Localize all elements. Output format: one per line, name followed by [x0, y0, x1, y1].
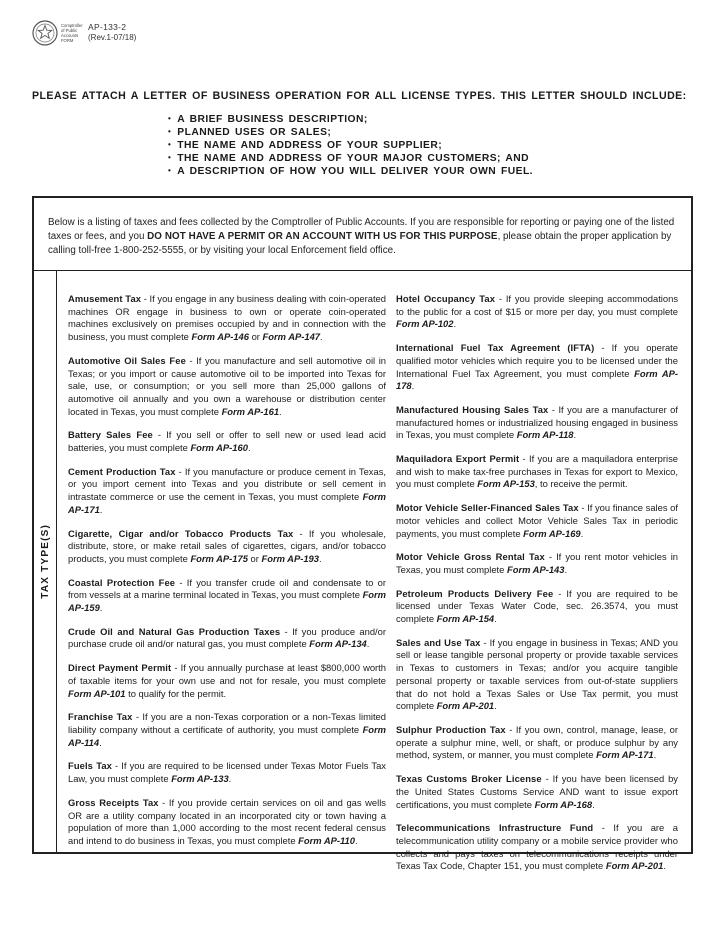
tax-entry: Sales and Use Tax - If you engage in bus…: [396, 637, 678, 713]
tax-listing-box: Below is a listing of taxes and fees col…: [32, 196, 693, 854]
form-reference: Form AP-169: [523, 528, 580, 539]
bullet-icon: •: [168, 112, 171, 125]
tax-entry-title: Amusement Tax: [68, 293, 141, 304]
form-reference: Form AP-178: [396, 368, 678, 392]
form-reference: Form AP-133: [171, 773, 228, 784]
tax-entry-title: Texas Customs Broker License: [396, 773, 542, 784]
tax-entry-title: Sales and Use Tax: [396, 637, 480, 648]
tax-type-side-label: TAX TYPE(S): [40, 524, 51, 599]
tax-entry-title: Telecommunications Infrastructure Fund: [396, 822, 593, 833]
bullet-list: •A BRIEF BUSINESS DESCRIPTION;•PLANNED U…: [168, 113, 533, 178]
tax-entry-title: Crude Oil and Natural Gas Production Tax…: [68, 626, 280, 637]
bullet-item-label: THE NAME AND ADDRESS OF YOUR SUPPLIER;: [177, 139, 442, 152]
bullet-item-label: A DESCRIPTION OF HOW YOU WILL DELIVER YO…: [177, 165, 533, 178]
notice-box: Below is a listing of taxes and fees col…: [34, 198, 691, 271]
form-reference: Form AP-161: [222, 406, 279, 417]
tax-entry: Cigarette, Cigar and/or Tobacco Products…: [68, 528, 386, 566]
tax-entry: Amusement Tax - If you engage in any bus…: [68, 293, 386, 344]
form-reference: Form AP-175: [190, 553, 247, 564]
bullet-item-label: A BRIEF BUSINESS DESCRIPTION;: [177, 113, 368, 126]
bullet-icon: •: [168, 151, 171, 164]
form-reference: Form AP-110: [298, 835, 355, 846]
form-reference: Form AP-134: [309, 638, 366, 649]
form-reference: Form AP-193: [261, 553, 318, 564]
tax-entry: Petroleum Products Delivery Fee - If you…: [396, 588, 678, 626]
bullet-item: •THE NAME AND ADDRESS OF YOUR SUPPLIER;: [168, 139, 533, 152]
tax-entry-title: Motor Vehicle Gross Rental Tax: [396, 551, 545, 562]
tax-entry: Fuels Tax - If you are required to be li…: [68, 760, 386, 785]
tax-entry: Maquiladora Export Permit - If you are a…: [396, 453, 678, 491]
form-reference: Form AP-171: [68, 491, 386, 515]
tax-entry-title: Hotel Occupancy Tax: [396, 293, 495, 304]
bullet-item: •THE NAME AND ADDRESS OF YOUR MAJOR CUST…: [168, 152, 533, 165]
tax-entry: Motor Vehicle Seller-Financed Sales Tax …: [396, 502, 678, 540]
form-reference: Form AP-160: [190, 442, 247, 453]
tax-type-strip: TAX TYPE(S): [34, 271, 57, 852]
tax-entry: International Fuel Tax Agreement (IFTA) …: [396, 342, 678, 393]
tax-entry-title: Franchise Tax: [68, 711, 132, 722]
bullet-item: •PLANNED USES OR SALES;: [168, 126, 533, 139]
bullet-item-label: PLANNED USES OR SALES;: [177, 126, 331, 139]
tax-entry: Automotive Oil Sales Fee - If you manufa…: [68, 355, 386, 419]
form-reference: Form AP-201: [437, 700, 494, 711]
bullet-icon: •: [168, 125, 171, 138]
tax-entry: Franchise Tax - If you are a non-Texas c…: [68, 711, 386, 749]
form-reference: Form AP-143: [507, 564, 564, 575]
tax-entry: Motor Vehicle Gross Rental Tax - If you …: [396, 551, 678, 576]
tax-entry-title: Automotive Oil Sales Fee: [68, 355, 186, 366]
tax-entry-title: International Fuel Tax Agreement (IFTA): [396, 342, 594, 353]
tax-entry: Telecommunications Infrastructure Fund -…: [396, 822, 678, 873]
bullet-icon: •: [168, 138, 171, 151]
tax-entry: Texas Customs Broker License - If you ha…: [396, 773, 678, 811]
form-reference: Form AP-159: [68, 589, 386, 613]
form-reference: Form AP-147: [263, 331, 320, 342]
tax-entry: Gross Receipts Tax - If you provide cert…: [68, 797, 386, 848]
notice-text-bold: DO NOT HAVE A PERMIT OR AN ACCOUNT WITH …: [147, 231, 497, 242]
form-reference: Form AP-146: [192, 331, 249, 342]
tax-columns: Amusement Tax - If you engage in any bus…: [57, 271, 691, 852]
tax-entry: Crude Oil and Natural Gas Production Tax…: [68, 626, 386, 651]
bullet-icon: •: [168, 164, 171, 177]
tax-entry: Sulphur Production Tax - If you own, con…: [396, 724, 678, 762]
form-id-block: Comptroller of Public Accounts FORM AP-1…: [32, 20, 136, 46]
form-number: AP-133-2: [88, 22, 136, 32]
tax-entry: Manufactured Housing Sales Tax - If you …: [396, 404, 678, 442]
form-reference: Form AP-153: [477, 478, 534, 489]
bullet-item: •A BRIEF BUSINESS DESCRIPTION;: [168, 113, 533, 126]
tax-column-left: Amusement Tax - If you engage in any bus…: [68, 293, 386, 852]
tax-entry-title: Direct Payment Permit: [68, 662, 171, 673]
tax-entry-title: Fuels Tax: [68, 760, 112, 771]
form-reference: Form AP-102: [396, 318, 453, 329]
tax-entry-title: Maquiladora Export Permit: [396, 453, 519, 464]
tax-entry: Coastal Protection Fee - If you transfer…: [68, 577, 386, 615]
form-reference: Form AP-201: [606, 860, 663, 871]
tax-entry-title: Gross Receipts Tax: [68, 797, 159, 808]
tax-entry-title: Battery Sales Fee: [68, 429, 153, 440]
form-reference: Form AP-154: [437, 613, 494, 624]
tax-entry-title: Coastal Protection Fee: [68, 577, 175, 588]
form-reference: Form AP-118: [517, 429, 574, 440]
tax-entry-title: Manufactured Housing Sales Tax: [396, 404, 548, 415]
tax-entry-title: Sulphur Production Tax: [396, 724, 506, 735]
bullet-item: •A DESCRIPTION OF HOW YOU WILL DELIVER Y…: [168, 165, 533, 178]
agency-text: Comptroller of Public Accounts FORM: [61, 20, 85, 43]
form-reference: Form AP-168: [535, 799, 592, 810]
bullet-item-label: THE NAME AND ADDRESS OF YOUR MAJOR CUSTO…: [177, 152, 529, 165]
tax-column-right: Hotel Occupancy Tax - If you provide sle…: [396, 293, 678, 852]
form-page: Comptroller of Public Accounts FORM AP-1…: [0, 0, 728, 942]
tax-entry-title: Cigarette, Cigar and/or Tobacco Products…: [68, 528, 293, 539]
tax-entry-title: Motor Vehicle Seller-Financed Sales Tax: [396, 502, 579, 513]
tax-section: TAX TYPE(S) Amusement Tax - If you engag…: [34, 271, 691, 852]
comptroller-seal-icon: [32, 20, 58, 46]
tax-entry: Battery Sales Fee - If you sell or offer…: [68, 429, 386, 454]
tax-entry-title: Petroleum Products Delivery Fee: [396, 588, 553, 599]
page-title: PLEASE ATTACH A LETTER OF BUSINESS OPERA…: [32, 90, 700, 102]
tax-entry: Cement Production Tax - If you manufactu…: [68, 466, 386, 517]
form-revision: (Rev.1-07/18): [88, 33, 136, 42]
form-reference: Form AP-101: [68, 688, 125, 699]
form-reference: Form AP-171: [596, 749, 653, 760]
form-reference: Form AP-114: [68, 724, 386, 748]
tax-entry: Hotel Occupancy Tax - If you provide sle…: [396, 293, 678, 331]
tax-entry-title: Cement Production Tax: [68, 466, 176, 477]
tax-entry: Direct Payment Permit - If you annually …: [68, 662, 386, 700]
